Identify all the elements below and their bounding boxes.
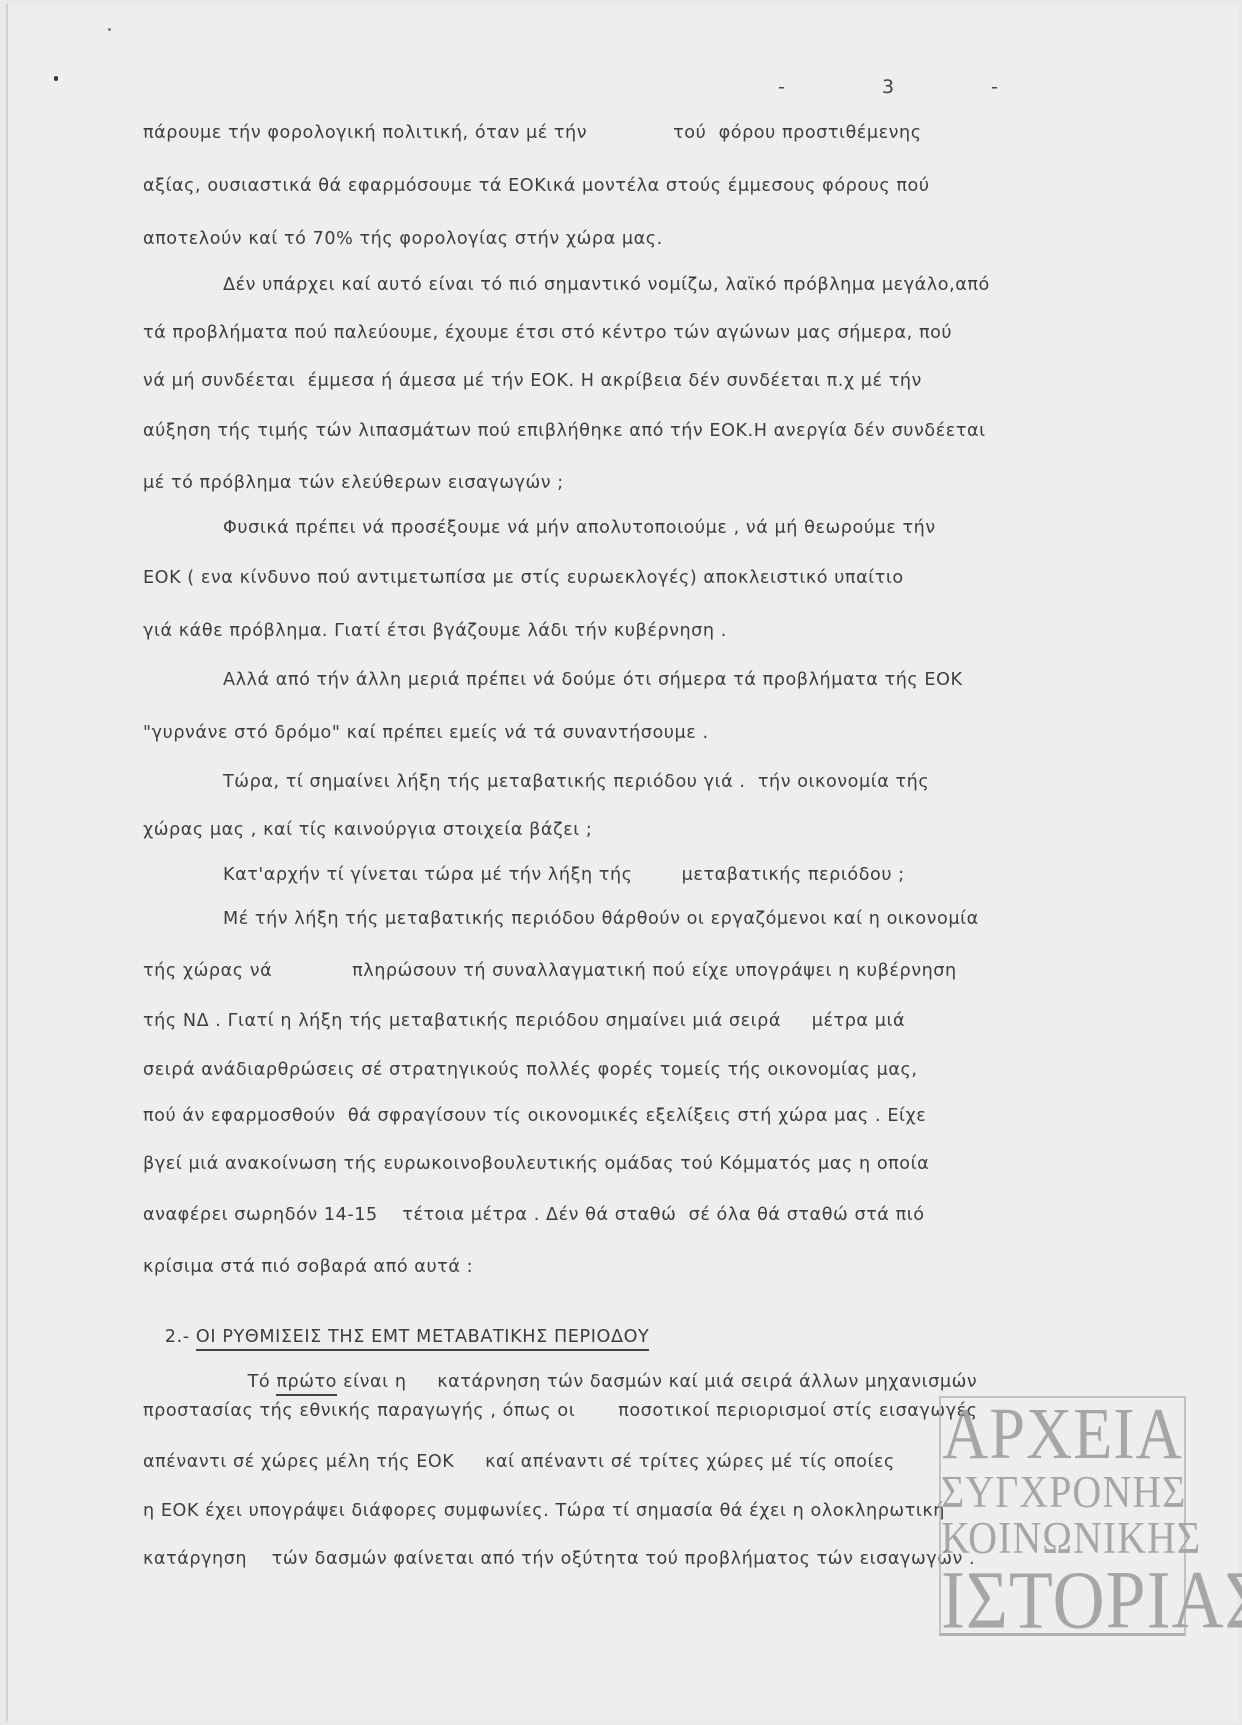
text-line: "γυρνάνε στό δρόμο" καί πρέπει εμείς νά … xyxy=(143,722,709,744)
page-number: - 3 - xyxy=(778,76,998,98)
page-number-dash-right: - xyxy=(991,76,998,98)
scan-speck xyxy=(54,76,58,81)
text-line: σειρά ανάδιαρθρώσεις σέ στρατηγικούς πολ… xyxy=(143,1059,918,1081)
watermark-line: ΣΥΓΧΡΟΝΗΣ xyxy=(941,1469,1184,1515)
text-fragment: είναι η κατάρνηση τών δασμών καί μιά σει… xyxy=(337,1372,977,1392)
document-page: - 3 - πάρουμε τήν φορολογική πολιτική, ό… xyxy=(6,4,1238,1721)
text-line: χώρας μας , καί τίς καινούργια στοιχεία … xyxy=(143,819,592,841)
text-line: τά προβλήματα πού παλεύουμε, έχουμε έτσι… xyxy=(143,322,952,344)
text-line: πού άν εφαρμοσθούν θά σφραγίσουν τίς οικ… xyxy=(143,1105,926,1127)
page-number-value: 3 xyxy=(882,76,894,98)
archive-watermark-logo: ΑΡΧΕΙΑ ΣΥΓΧΡΟΝΗΣ ΚΟΙΝΩΝΙΚΗΣ ΙΣΤΟΡΙΑΣ xyxy=(939,1396,1186,1636)
text-line: γιά κάθε πρόβλημα. Γιατί έτσι βγάζουμε λ… xyxy=(143,620,727,642)
paragraph-start: Κατ'αρχήν τί γίνεται τώρα μέ τήν λήξη τή… xyxy=(223,864,905,886)
text-line: βγεί μιά ανακοίνωση τής ευρωκοινοβουλευτ… xyxy=(143,1153,929,1175)
text-line: τής χώρας νά πληρώσουν τή συναλλαγματική… xyxy=(143,960,957,982)
text-fragment: Τό xyxy=(248,1372,277,1392)
watermark-line: ΑΡΧΕΙΑ xyxy=(941,1397,1184,1471)
scan-speck xyxy=(108,28,111,31)
text-line: η ΕΟΚ έχει υπογράψει διάφορες συμφωνίες.… xyxy=(143,1500,945,1522)
paragraph-start: Αλλά από τήν άλλη μεριά πρέπει νά δούμε … xyxy=(223,669,963,691)
page-number-dash-left: - xyxy=(778,76,785,98)
paragraph-start: Μέ τήν λήξη τής μεταβατικής περιόδου θάρ… xyxy=(223,908,979,930)
text-line: μέ τό πρόβλημα τών ελεύθερων εισαγωγών ; xyxy=(143,472,564,494)
text-line: απέναντι σέ χώρες μέλη τής ΕΟΚ καί απένα… xyxy=(143,1451,895,1473)
text-line: κατάργηση τών δασμών φαίνεται από τήν οξ… xyxy=(143,1548,975,1570)
text-line: ΕΟΚ ( ενα κίνδυνο πού αντιμετωπίσα με στ… xyxy=(143,567,904,589)
watermark-line: ΙΣΤΟΡΙΑΣ xyxy=(941,1559,1184,1642)
text-line: αύξηση τής τιμής τών λιπασμάτων πού επιβ… xyxy=(143,420,986,442)
paragraph-start: Τώρα, τί σημαίνει λήξη τής μεταβατικής π… xyxy=(223,771,929,793)
section-heading-title: ΟΙ ΡΥΘΜΙΣΕΙΣ ΤΗΣ ΕΜΤ ΜΕΤΑΒΑΤΙΚΗΣ ΠΕΡΙΟΔΟ… xyxy=(196,1327,649,1351)
text-line: κρίσιμα στά πιό σοβαρά από αυτά : xyxy=(143,1256,473,1278)
text-line: τής ΝΔ . Γιατί η λήξη τής μεταβατικής πε… xyxy=(143,1010,905,1032)
text-line: αποτελούν καί τό 70% τής φορολογίας στήν… xyxy=(143,228,663,250)
text-line: αναφέρει σωρηδόν 14-15 τέτοια μέτρα . Δέ… xyxy=(143,1204,925,1226)
paragraph-start: Φυσικά πρέπει νά προσέξουμε νά μήν απολυ… xyxy=(223,517,936,539)
text-line: νά μή συνδέεται έμμεσα ή άμεσα μέ τήν ΕΟ… xyxy=(143,370,922,392)
paragraph-start: Δέν υπάρχει καί αυτό είναι τό πιό σημαντ… xyxy=(223,274,990,296)
underlined-word: πρώτο xyxy=(276,1372,337,1396)
text-line: αξίας, ουσιαστικά θά εφαρμόσουμε τά ΕΟΚι… xyxy=(143,175,930,197)
section-heading-number: 2.- xyxy=(165,1327,196,1347)
text-line: προστασίας τής εθνικής παραγωγής , όπως … xyxy=(143,1400,978,1422)
text-line: πάρουμε τήν φορολογική πολιτική, όταν μέ… xyxy=(143,122,922,144)
